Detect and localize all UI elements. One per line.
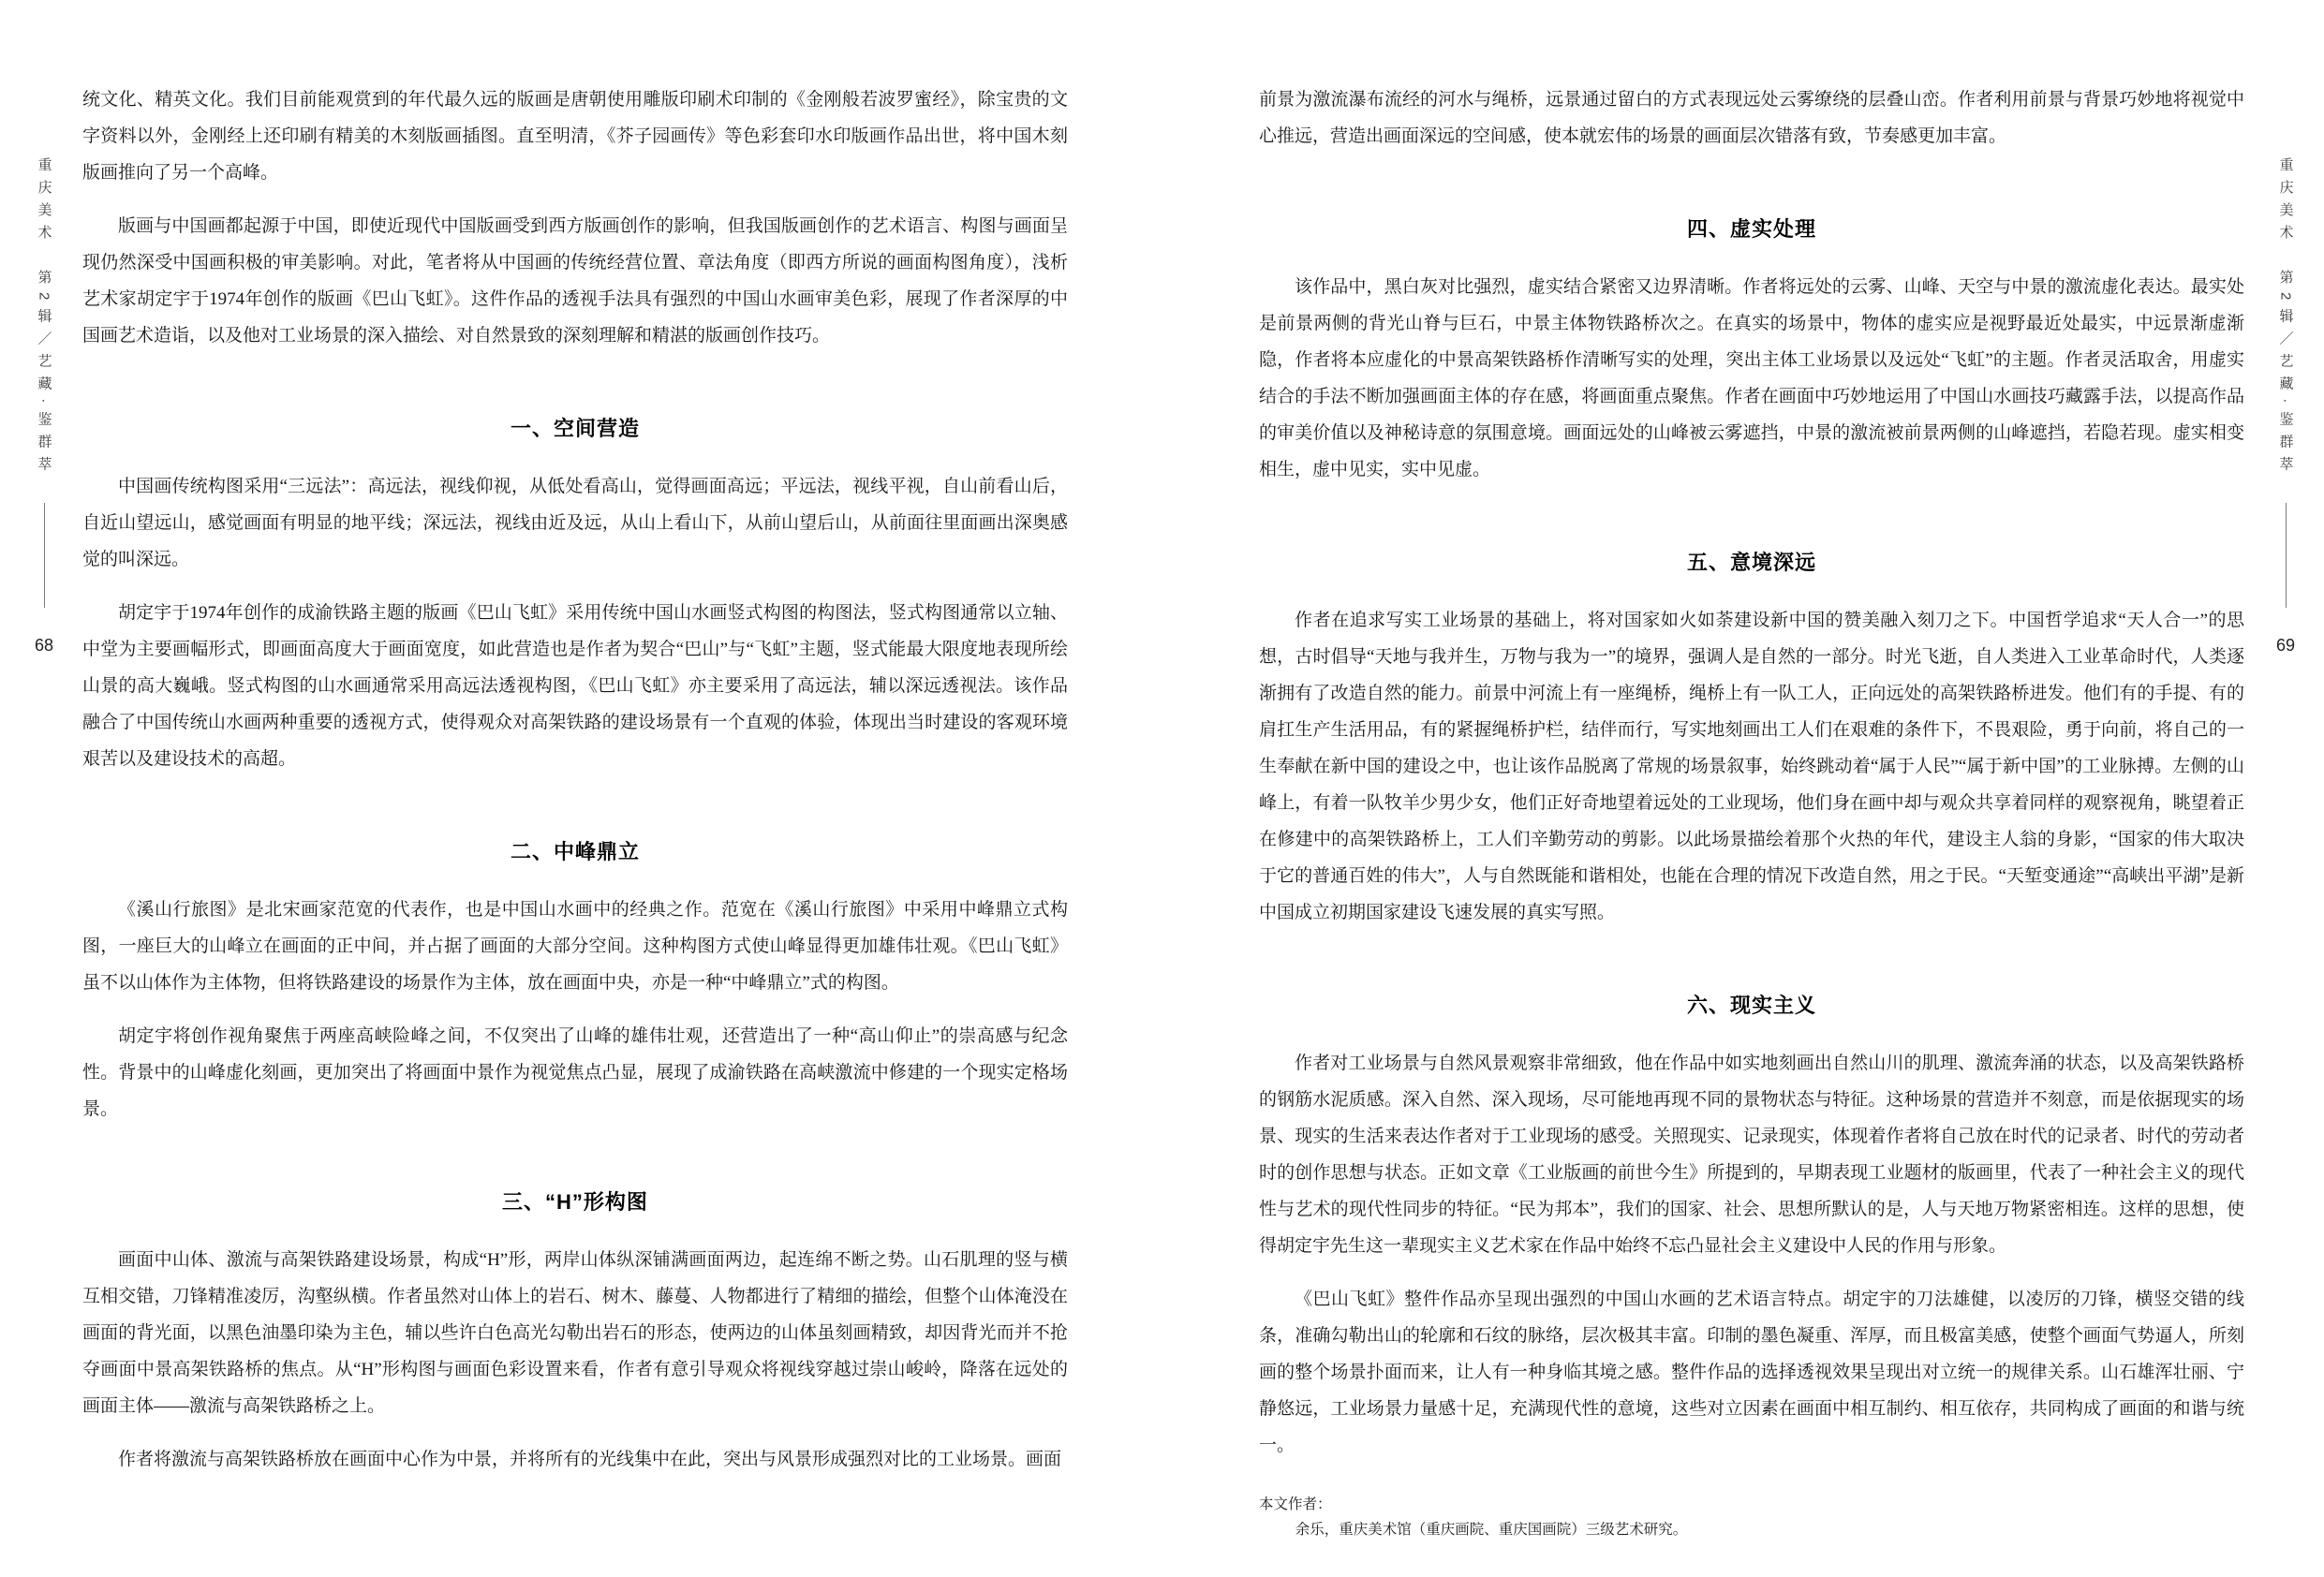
- body-paragraph: 作者对工业场景与自然风景观察非常细致，他在作品中如实地刻画出自然山川的肌理、激流…: [1259, 1045, 2244, 1264]
- right-page-margin: 重庆美术第2辑／艺藏·鉴群萃 69: [2270, 157, 2302, 656]
- right-margin-rule: [2286, 503, 2287, 608]
- left-margin-rule: [44, 503, 45, 608]
- left-page-number: 68: [35, 636, 53, 656]
- left-margin-running-title: 重庆美术第2辑／艺藏·鉴群萃: [35, 157, 54, 479]
- series-title: 重庆美术: [37, 157, 52, 247]
- section-heading-6: 六、现实主义: [1259, 987, 2244, 1024]
- body-paragraph: 版画与中国画都起源于中国，即使近现代中国版画受到西方版画创作的影响，但我国版画创…: [82, 208, 1068, 354]
- volume-info: 第2辑／艺藏·鉴群萃: [2276, 270, 2296, 479]
- book-spread: 重庆美术第2辑／艺藏·鉴群萃 68 统文化、精英文化。我们目前能观赏到的年代最久…: [0, 0, 2324, 1577]
- section-heading-1: 一、空间营造: [82, 410, 1068, 448]
- body-paragraph: 前景为激流瀑布流经的河水与绳桥，远景通过留白的方式表现远处云雾缭绕的层叠山峦。作…: [1259, 81, 2244, 155]
- section-heading-5: 五、意境深远: [1259, 544, 2244, 582]
- section-heading-4: 四、虚实处理: [1259, 211, 2244, 248]
- right-page: 前景为激流瀑布流经的河水与绳桥，远景通过留白的方式表现远处云雾缭绕的层叠山峦。作…: [1259, 81, 2244, 1542]
- body-paragraph: 《巴山飞虹》整件作品亦呈现出强烈的中国山水画的艺术语言特点。胡定宇的刀法雄健，以…: [1259, 1281, 2244, 1464]
- body-paragraph: 《溪山行旅图》是北宋画家范宽的代表作，也是中国山水画中的经典之作。范宽在《溪山行…: [82, 892, 1068, 1001]
- series-title: 重庆美术: [2278, 157, 2294, 247]
- body-paragraph: 画面中山体、激流与高架铁路建设场景，构成“H”形，两岸山体纵深铺满画面两边，起连…: [82, 1242, 1068, 1424]
- body-paragraph: 作者将激流与高架铁路桥放在画面中心作为中景，并将所有的光线集中在此，突出与风景形…: [82, 1441, 1068, 1478]
- left-page-margin: 重庆美术第2辑／艺藏·鉴群萃 68: [28, 157, 60, 656]
- section-heading-3: 三、“H”形构图: [82, 1184, 1068, 1221]
- body-paragraph: 该作品中，黑白灰对比强烈，虚实结合紧密又边界清晰。作者将远处的云雾、山峰、天空与…: [1259, 269, 2244, 488]
- left-page: 统文化、精英文化。我们目前能观赏到的年代最久远的版画是唐朝使用雕版印刷术印制的《…: [82, 81, 1068, 1478]
- body-paragraph: 统文化、精英文化。我们目前能观赏到的年代最久远的版画是唐朝使用雕版印刷术印制的《…: [82, 81, 1068, 191]
- author-note-text: 余乐，重庆美术馆（重庆画院、重庆国画院）三级艺术研究。: [1259, 1517, 2244, 1542]
- right-margin-running-title: 重庆美术第2辑／艺藏·鉴群萃: [2276, 157, 2296, 479]
- body-paragraph: 胡定宇于1974年创作的成渝铁路主题的版画《巴山飞虹》采用传统中国山水画竖式构图…: [82, 595, 1068, 777]
- author-note-label: 本文作者：: [1259, 1492, 2244, 1517]
- body-paragraph: 胡定宇将创作视角聚焦于两座高峡险峰之间，不仅突出了山峰的雄伟壮观，还营造出了一种…: [82, 1018, 1068, 1127]
- body-paragraph: 中国画传统构图采用“三远法”：高远法，视线仰视，从低处看高山，觉得画面高远；平远…: [82, 468, 1068, 578]
- section-heading-2: 二、中峰鼎立: [82, 833, 1068, 871]
- author-note: 本文作者： 余乐，重庆美术馆（重庆画院、重庆国画院）三级艺术研究。: [1259, 1492, 2244, 1542]
- right-page-number: 69: [2276, 636, 2295, 656]
- volume-info: 第2辑／艺藏·鉴群萃: [35, 270, 54, 479]
- body-paragraph: 作者在追求写实工业场景的基础上，将对国家如火如荼建设新中国的赞美融入刻刀之下。中…: [1259, 602, 2244, 931]
